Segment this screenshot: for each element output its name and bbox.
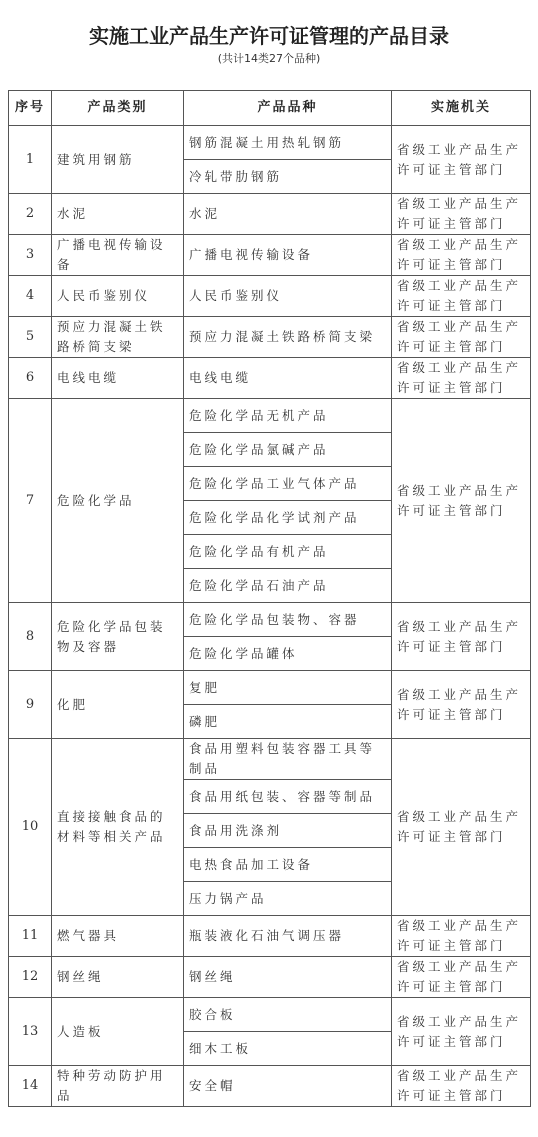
product-variety: 钢筋混凝土用热轧钢筋 bbox=[184, 126, 392, 160]
product-variety: 危险化学品包装物、容器 bbox=[184, 603, 392, 637]
implementing-agency: 省级工业产品生产许可证主管部门 bbox=[392, 235, 531, 276]
product-variety: 广播电视传输设备 bbox=[184, 235, 392, 276]
product-variety: 压力锅产品 bbox=[184, 882, 392, 916]
page-title: 实施工业产品生产许可证管理的产品目录 bbox=[0, 20, 538, 49]
row-number: 8 bbox=[9, 603, 52, 671]
table-row: 8危险化学品包装物及容器危险化学品包装物、容器省级工业产品生产许可证主管部门 bbox=[9, 603, 531, 637]
table-row: 7危险化学品危险化学品无机产品省级工业产品生产许可证主管部门 bbox=[9, 399, 531, 433]
product-variety: 瓶装液化石油气调压器 bbox=[184, 916, 392, 957]
row-number: 7 bbox=[9, 399, 52, 603]
product-variety: 人民币鉴别仪 bbox=[184, 276, 392, 317]
product-variety: 预应力混凝土铁路桥简支梁 bbox=[184, 317, 392, 358]
table-row: 4人民币鉴别仪人民币鉴别仪省级工业产品生产许可证主管部门 bbox=[9, 276, 531, 317]
table-row: 3广播电视传输设备广播电视传输设备省级工业产品生产许可证主管部门 bbox=[9, 235, 531, 276]
product-variety: 电热食品加工设备 bbox=[184, 848, 392, 882]
implementing-agency: 省级工业产品生产许可证主管部门 bbox=[392, 998, 531, 1066]
product-variety: 磷肥 bbox=[184, 705, 392, 739]
row-number: 3 bbox=[9, 235, 52, 276]
product-variety: 危险化学品化学试剂产品 bbox=[184, 501, 392, 535]
product-variety: 电线电缆 bbox=[184, 358, 392, 399]
table-row: 12钢丝绳钢丝绳省级工业产品生产许可证主管部门 bbox=[9, 957, 531, 998]
row-number: 6 bbox=[9, 358, 52, 399]
product-variety: 钢丝绳 bbox=[184, 957, 392, 998]
header-agency: 实施机关 bbox=[392, 91, 531, 126]
product-variety: 细木工板 bbox=[184, 1032, 392, 1066]
table-row: 9化肥复肥省级工业产品生产许可证主管部门 bbox=[9, 671, 531, 705]
product-category: 危险化学品 bbox=[52, 399, 184, 603]
product-variety: 危险化学品石油产品 bbox=[184, 569, 392, 603]
implementing-agency: 省级工业产品生产许可证主管部门 bbox=[392, 276, 531, 317]
product-variety: 食品用洗涤剂 bbox=[184, 814, 392, 848]
table-row: 2水泥水泥省级工业产品生产许可证主管部门 bbox=[9, 194, 531, 235]
table-row: 14特种劳动防护用品安全帽省级工业产品生产许可证主管部门 bbox=[9, 1066, 531, 1107]
row-number: 11 bbox=[9, 916, 52, 957]
product-variety: 冷轧带肋钢筋 bbox=[184, 160, 392, 194]
table-body: 1建筑用钢筋钢筋混凝土用热轧钢筋省级工业产品生产许可证主管部门冷轧带肋钢筋2水泥… bbox=[9, 126, 531, 1107]
header-number: 序号 bbox=[9, 91, 52, 126]
product-category: 预应力混凝土铁路桥简支梁 bbox=[52, 317, 184, 358]
header-category: 产品类别 bbox=[52, 91, 184, 126]
implementing-agency: 省级工业产品生产许可证主管部门 bbox=[392, 739, 531, 916]
product-category: 特种劳动防护用品 bbox=[52, 1066, 184, 1107]
implementing-agency: 省级工业产品生产许可证主管部门 bbox=[392, 399, 531, 603]
product-variety: 复肥 bbox=[184, 671, 392, 705]
product-variety: 危险化学品有机产品 bbox=[184, 535, 392, 569]
row-number: 4 bbox=[9, 276, 52, 317]
implementing-agency: 省级工业产品生产许可证主管部门 bbox=[392, 194, 531, 235]
row-number: 14 bbox=[9, 1066, 52, 1107]
row-number: 13 bbox=[9, 998, 52, 1066]
product-variety: 危险化学品罐体 bbox=[184, 637, 392, 671]
product-category: 水泥 bbox=[52, 194, 184, 235]
implementing-agency: 省级工业产品生产许可证主管部门 bbox=[392, 957, 531, 998]
row-number: 12 bbox=[9, 957, 52, 998]
product-category: 燃气器具 bbox=[52, 916, 184, 957]
product-category: 建筑用钢筋 bbox=[52, 126, 184, 194]
product-category: 电线电缆 bbox=[52, 358, 184, 399]
product-category: 危险化学品包装物及容器 bbox=[52, 603, 184, 671]
product-variety: 危险化学品工业气体产品 bbox=[184, 467, 392, 501]
implementing-agency: 省级工业产品生产许可证主管部门 bbox=[392, 603, 531, 671]
implementing-agency: 省级工业产品生产许可证主管部门 bbox=[392, 126, 531, 194]
implementing-agency: 省级工业产品生产许可证主管部门 bbox=[392, 671, 531, 739]
product-category: 直接接触食品的材料等相关产品 bbox=[52, 739, 184, 916]
table-row: 5预应力混凝土铁路桥简支梁预应力混凝土铁路桥简支梁省级工业产品生产许可证主管部门 bbox=[9, 317, 531, 358]
product-variety: 食品用塑料包装容器工具等制品 bbox=[184, 739, 392, 780]
product-category: 人造板 bbox=[52, 998, 184, 1066]
row-number: 9 bbox=[9, 671, 52, 739]
product-variety: 危险化学品氯碱产品 bbox=[184, 433, 392, 467]
product-variety: 水泥 bbox=[184, 194, 392, 235]
table-header-row: 序号 产品类别 产品品种 实施机关 bbox=[9, 91, 531, 126]
product-variety: 危险化学品无机产品 bbox=[184, 399, 392, 433]
table-row: 1建筑用钢筋钢筋混凝土用热轧钢筋省级工业产品生产许可证主管部门 bbox=[9, 126, 531, 160]
product-variety: 胶合板 bbox=[184, 998, 392, 1032]
implementing-agency: 省级工业产品生产许可证主管部门 bbox=[392, 1066, 531, 1107]
row-number: 10 bbox=[9, 739, 52, 916]
product-category: 广播电视传输设备 bbox=[52, 235, 184, 276]
product-variety: 安全帽 bbox=[184, 1066, 392, 1107]
header-variety: 产品品种 bbox=[184, 91, 392, 126]
table-row: 6电线电缆电线电缆省级工业产品生产许可证主管部门 bbox=[9, 358, 531, 399]
product-category: 化肥 bbox=[52, 671, 184, 739]
table-row: 11燃气器具瓶装液化石油气调压器省级工业产品生产许可证主管部门 bbox=[9, 916, 531, 957]
row-number: 1 bbox=[9, 126, 52, 194]
row-number: 5 bbox=[9, 317, 52, 358]
product-category: 钢丝绳 bbox=[52, 957, 184, 998]
implementing-agency: 省级工业产品生产许可证主管部门 bbox=[392, 358, 531, 399]
implementing-agency: 省级工业产品生产许可证主管部门 bbox=[392, 916, 531, 957]
product-catalog-table: 序号 产品类别 产品品种 实施机关 1建筑用钢筋钢筋混凝土用热轧钢筋省级工业产品… bbox=[8, 90, 531, 1107]
implementing-agency: 省级工业产品生产许可证主管部门 bbox=[392, 317, 531, 358]
product-variety: 食品用纸包装、容器等制品 bbox=[184, 780, 392, 814]
row-number: 2 bbox=[9, 194, 52, 235]
product-category: 人民币鉴别仪 bbox=[52, 276, 184, 317]
table-row: 10直接接触食品的材料等相关产品食品用塑料包装容器工具等制品省级工业产品生产许可… bbox=[9, 739, 531, 780]
page-subtitle: (共计14类27个品种) bbox=[0, 50, 538, 66]
table-row: 13人造板胶合板省级工业产品生产许可证主管部门 bbox=[9, 998, 531, 1032]
